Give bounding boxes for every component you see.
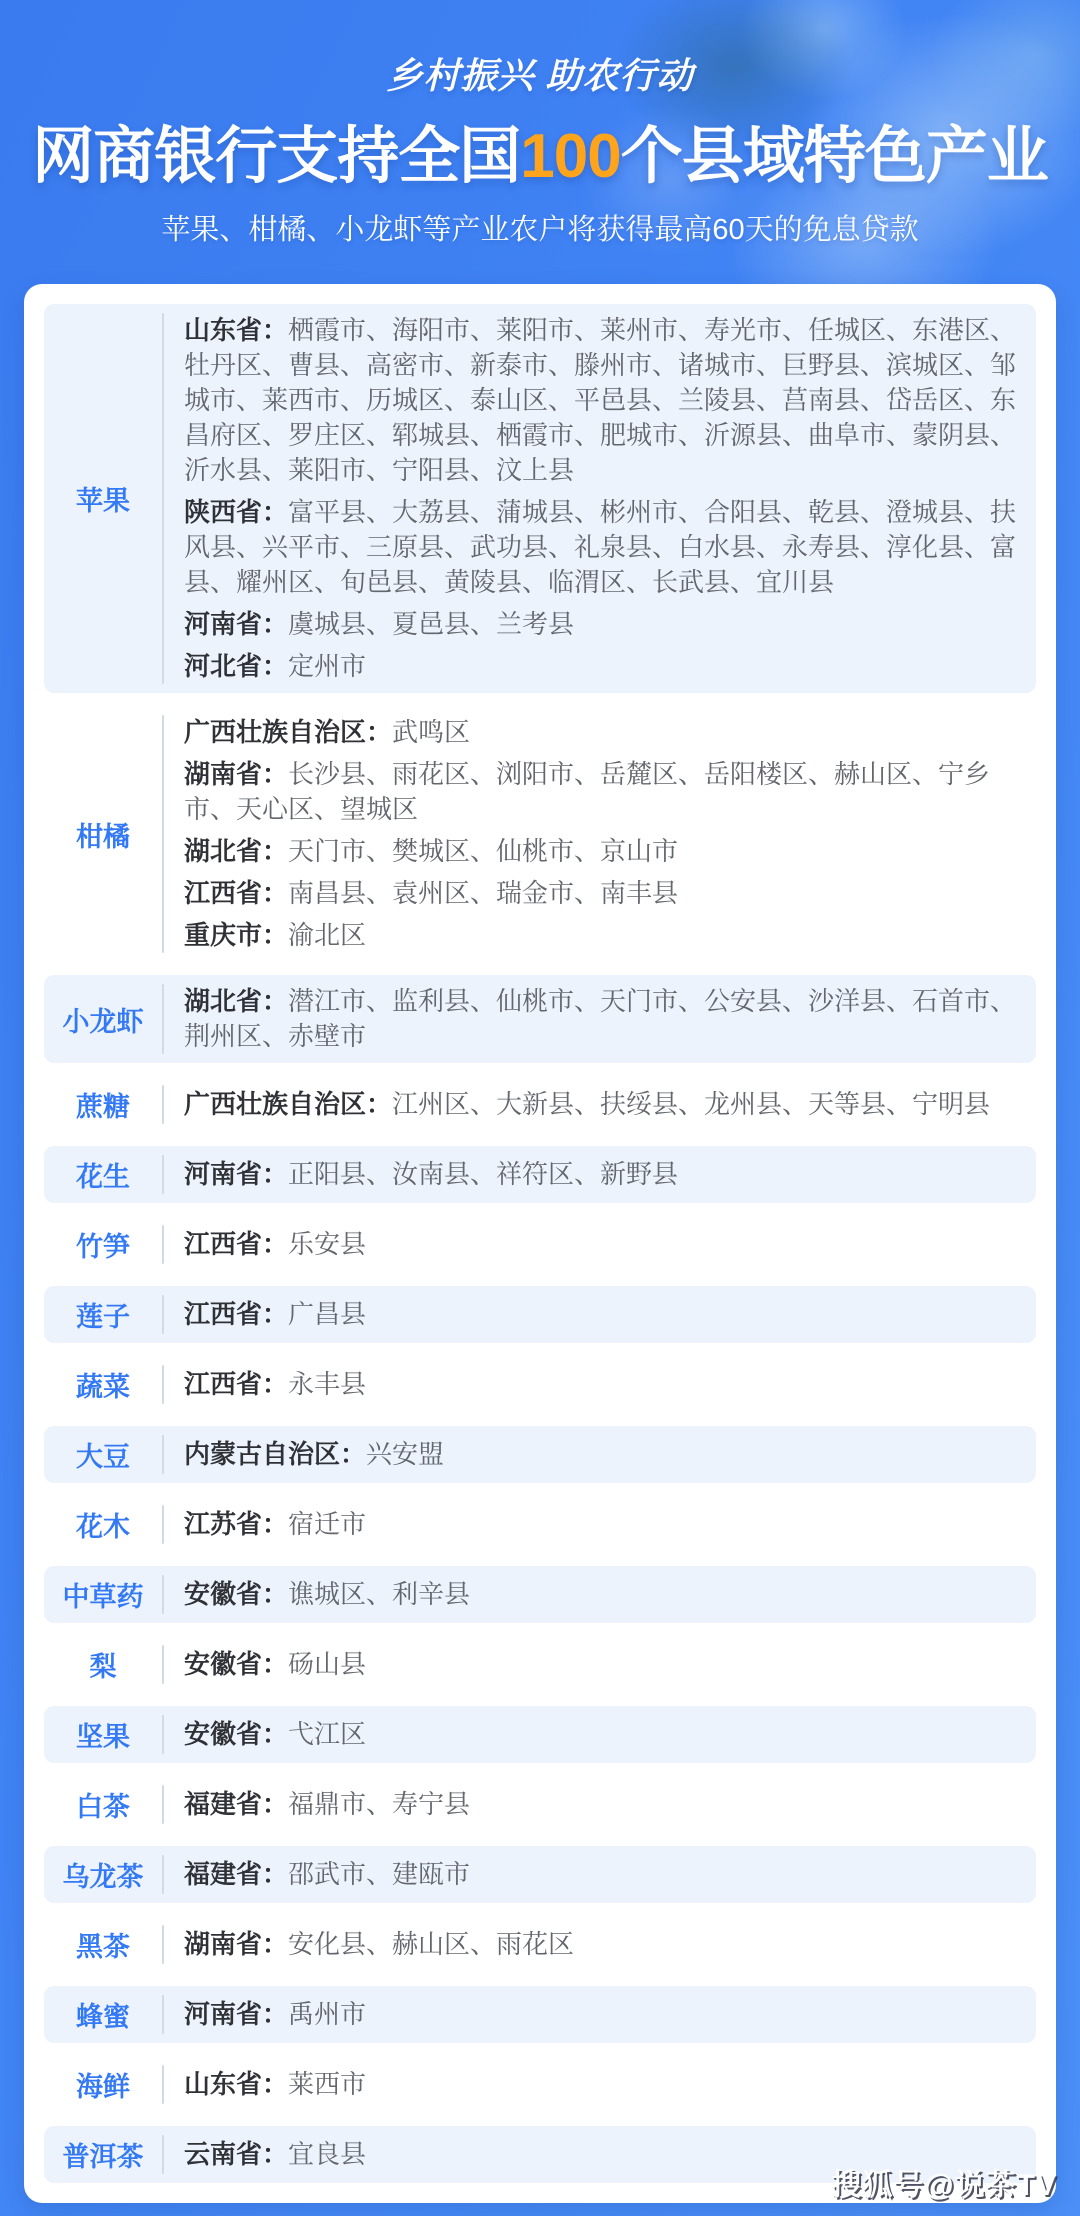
row-regions: 山东省：栖霞市、海阳市、莱阳市、莱州市、寿光市、任城区、东港区、牡丹区、曹县、高…: [164, 313, 1036, 684]
province-label: 江西省：: [184, 1299, 288, 1329]
row-regions: 安徽省：砀山县: [164, 1647, 1036, 1682]
industry-table: 苹果 山东省：栖霞市、海阳市、莱阳市、莱州市、寿光市、任城区、东港区、牡丹区、曹…: [24, 284, 1056, 2203]
province-label: 湖南省：: [184, 759, 288, 789]
table-row: 花生 河南省：正阳县、汝南县、祥符区、新野县: [44, 1146, 1036, 1203]
row-regions: 河南省：禹州市: [164, 1997, 1036, 2032]
table-row: 大豆 内蒙古自治区：兴安盟: [44, 1426, 1036, 1483]
product-label: 黑茶: [44, 1925, 162, 1964]
region-line: 安徽省：砀山县: [184, 1647, 1030, 1682]
region-line: 江西省：乐安县: [184, 1227, 1030, 1262]
product-label: 坚果: [44, 1715, 162, 1754]
region-line: 广西壮族自治区：武鸣区: [184, 715, 1030, 750]
table-row: 海鲜 山东省：莱西市: [44, 2056, 1036, 2113]
table-row: 小龙虾 湖北省：潜江市、监利县、仙桃市、天门市、公安县、沙洋县、石首市、荆州区、…: [44, 975, 1036, 1063]
row-regions: 福建省：福鼎市、寿宁县: [164, 1787, 1036, 1822]
region-line: 重庆市：渝北区: [184, 918, 1030, 953]
watermark: 搜狐号@说茶TV: [831, 2160, 1057, 2204]
product-label: 白茶: [44, 1785, 162, 1824]
province-label: 河北省：: [184, 651, 288, 681]
row-regions: 江西省：乐安县: [164, 1227, 1036, 1262]
product-label: 蜂蜜: [44, 1995, 162, 2034]
region-line: 江西省：广昌县: [184, 1297, 1030, 1332]
province-label: 湖南省：: [184, 1929, 288, 1959]
table-row: 竹笋 江西省：乐安县: [44, 1216, 1036, 1273]
main-title-highlight-number: 100: [520, 122, 620, 191]
province-label: 广西壮族自治区：: [184, 1089, 392, 1119]
table-row: 坚果 安徽省：弋江区: [44, 1706, 1036, 1763]
poster-page: 乡村振兴 助农行动 网商银行支持全国100个县域特色产业 苹果、柑橘、小龙虾等产…: [0, 0, 1080, 2216]
product-label: 花生: [44, 1155, 162, 1194]
province-label: 福建省：: [184, 1789, 288, 1819]
region-line: 安徽省：谯城区、利辛县: [184, 1577, 1030, 1612]
region-line: 湖南省：安化县、赫山区、雨花区: [184, 1927, 1030, 1962]
product-label: 花木: [44, 1505, 162, 1544]
subtitle: 苹果、柑橘、小龙虾等产业农户将获得最高60天的免息贷款: [0, 210, 1080, 250]
region-line: 江西省：永丰县: [184, 1367, 1030, 1402]
product-label: 蔬菜: [44, 1365, 162, 1404]
row-regions: 山东省：莱西市: [164, 2067, 1036, 2102]
province-label: 河南省：: [184, 609, 288, 639]
region-line: 河南省：正阳县、汝南县、祥符区、新野县: [184, 1157, 1030, 1192]
product-label: 柑橘: [44, 815, 162, 854]
table-row: 乌龙茶 福建省：邵武市、建瓯市: [44, 1846, 1036, 1903]
row-regions: 江苏省：宿迁市: [164, 1507, 1036, 1542]
province-label: 安徽省：: [184, 1719, 288, 1749]
product-label: 乌龙茶: [44, 1855, 162, 1894]
province-label: 江西省：: [184, 1229, 288, 1259]
table-row: 柑橘 广西壮族自治区：武鸣区湖南省：长沙县、雨花区、浏阳市、岳麓区、岳阳楼区、赫…: [44, 706, 1036, 962]
region-line: 内蒙古自治区：兴安盟: [184, 1437, 1030, 1472]
province-label: 安徽省：: [184, 1649, 288, 1679]
product-label: 竹笋: [44, 1225, 162, 1264]
row-regions: 河南省：正阳县、汝南县、祥符区、新野县: [164, 1157, 1036, 1192]
province-label: 河南省：: [184, 1159, 288, 1189]
province-label: 安徽省：: [184, 1579, 288, 1609]
product-label: 莲子: [44, 1295, 162, 1334]
region-line: 湖北省：天门市、樊城区、仙桃市、京山市: [184, 834, 1030, 869]
province-label: 山东省：: [184, 315, 288, 345]
table-row: 莲子 江西省：广昌县: [44, 1286, 1036, 1343]
table-row: 蜂蜜 河南省：禹州市: [44, 1986, 1036, 2043]
product-label: 苹果: [44, 479, 162, 518]
product-label: 中草药: [44, 1575, 162, 1614]
main-title: 网商银行支持全国100个县域特色产业: [0, 112, 1080, 202]
row-regions: 广西壮族自治区：江州区、大新县、扶绥县、龙州县、天等县、宁明县: [164, 1087, 1036, 1122]
table-row: 白茶 福建省：福鼎市、寿宁县: [44, 1776, 1036, 1833]
region-line: 陕西省：富平县、大荔县、蒲城县、彬州市、合阳县、乾县、澄城县、扶风县、兴平市、三…: [184, 495, 1030, 600]
row-regions: 江西省：永丰县: [164, 1367, 1036, 1402]
product-label: 蔗糖: [44, 1085, 162, 1124]
region-line: 河南省：虞城县、夏邑县、兰考县: [184, 607, 1030, 642]
province-label: 内蒙古自治区：: [184, 1439, 366, 1469]
main-title-prefix: 网商银行支持全国: [32, 122, 520, 191]
region-line: 湖南省：长沙县、雨花区、浏阳市、岳麓区、岳阳楼区、赫山区、宁乡市、天心区、望城区: [184, 757, 1030, 827]
province-label: 江苏省：: [184, 1509, 288, 1539]
region-line: 山东省：莱西市: [184, 2067, 1030, 2102]
province-label: 福建省：: [184, 1859, 288, 1889]
table-row: 中草药 安徽省：谯城区、利辛县: [44, 1566, 1036, 1623]
province-label: 云南省：: [184, 2139, 288, 2169]
product-label: 大豆: [44, 1435, 162, 1474]
region-line: 安徽省：弋江区: [184, 1717, 1030, 1752]
header: 乡村振兴 助农行动 网商银行支持全国100个县域特色产业 苹果、柑橘、小龙虾等产…: [0, 0, 1080, 250]
row-regions: 安徽省：谯城区、利辛县: [164, 1577, 1036, 1612]
main-title-suffix: 个县域特色产业: [621, 122, 1048, 191]
row-regions: 福建省：邵武市、建瓯市: [164, 1857, 1036, 1892]
region-line: 江西省：南昌县、袁州区、瑞金市、南丰县: [184, 876, 1030, 911]
table-row: 梨 安徽省：砀山县: [44, 1636, 1036, 1693]
province-label: 重庆市：: [184, 920, 288, 950]
table-row: 黑茶 湖南省：安化县、赫山区、雨花区: [44, 1916, 1036, 1973]
region-line: 湖北省：潜江市、监利县、仙桃市、天门市、公安县、沙洋县、石首市、荆州区、赤壁市: [184, 984, 1030, 1054]
province-label: 江西省：: [184, 878, 288, 908]
row-regions: 内蒙古自治区：兴安盟: [164, 1437, 1036, 1472]
province-label: 湖北省：: [184, 836, 288, 866]
campaign-title: 乡村振兴 助农行动: [0, 52, 1080, 100]
region-line: 河北省：定州市: [184, 649, 1030, 684]
table-row: 花木 江苏省：宿迁市: [44, 1496, 1036, 1553]
region-line: 江苏省：宿迁市: [184, 1507, 1030, 1542]
region-line: 广西壮族自治区：江州区、大新县、扶绥县、龙州县、天等县、宁明县: [184, 1087, 1030, 1122]
row-regions: 安徽省：弋江区: [164, 1717, 1036, 1752]
province-label: 广西壮族自治区：: [184, 717, 392, 747]
province-label: 河南省：: [184, 1999, 288, 2029]
table-row: 蔬菜 江西省：永丰县: [44, 1356, 1036, 1413]
product-label: 海鲜: [44, 2065, 162, 2104]
province-label: 湖北省：: [184, 986, 288, 1016]
product-label: 小龙虾: [44, 1000, 162, 1039]
region-line: 河南省：禹州市: [184, 1997, 1030, 2032]
product-label: 梨: [44, 1645, 162, 1684]
province-label: 山东省：: [184, 2069, 288, 2099]
region-line: 福建省：邵武市、建瓯市: [184, 1857, 1030, 1892]
product-label: 普洱茶: [44, 2135, 162, 2174]
table-row: 蔗糖 广西壮族自治区：江州区、大新县、扶绥县、龙州县、天等县、宁明县: [44, 1076, 1036, 1133]
row-regions: 湖北省：潜江市、监利县、仙桃市、天门市、公安县、沙洋县、石首市、荆州区、赤壁市: [164, 984, 1036, 1054]
row-regions: 湖南省：安化县、赫山区、雨花区: [164, 1927, 1036, 1962]
province-label: 陕西省：: [184, 497, 288, 527]
row-regions: 江西省：广昌县: [164, 1297, 1036, 1332]
region-line: 山东省：栖霞市、海阳市、莱阳市、莱州市、寿光市、任城区、东港区、牡丹区、曹县、高…: [184, 313, 1030, 488]
table-row: 苹果 山东省：栖霞市、海阳市、莱阳市、莱州市、寿光市、任城区、东港区、牡丹区、曹…: [44, 304, 1036, 693]
row-regions: 广西壮族自治区：武鸣区湖南省：长沙县、雨花区、浏阳市、岳麓区、岳阳楼区、赫山区、…: [164, 715, 1036, 953]
region-line: 福建省：福鼎市、寿宁县: [184, 1787, 1030, 1822]
province-label: 江西省：: [184, 1369, 288, 1399]
